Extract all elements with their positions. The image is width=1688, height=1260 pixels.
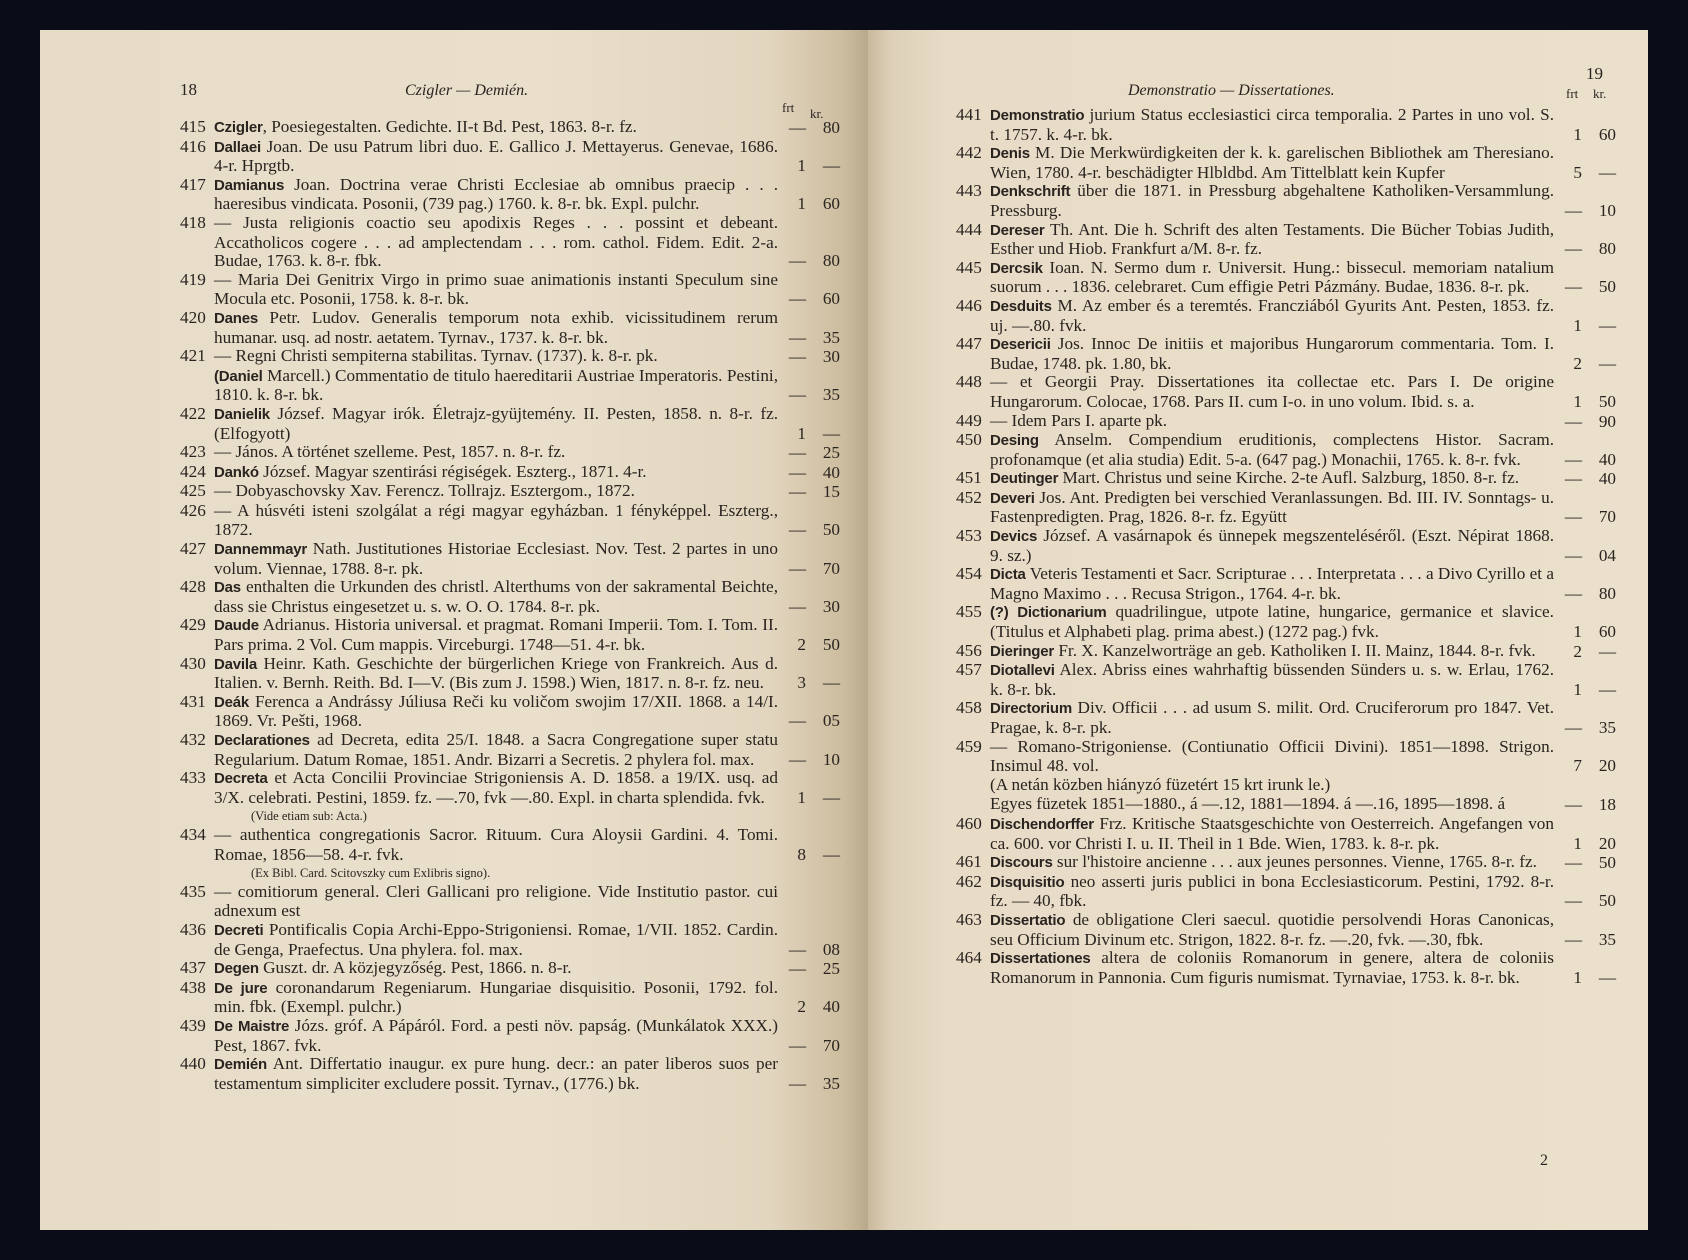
entry-text: — Maria Dei Genitrix Virgo in primo suae… [214,270,778,309]
entry-text: Petr. Ludov. Generalis temporum nota exh… [214,308,778,347]
price-frt: — [1562,585,1582,604]
entry-heading: Demonstratio [990,107,1084,124]
price-kr: 35 [820,386,840,405]
price-frt: — [1562,796,1582,815]
entry-body: Discours sur l'histoire ancienne . . . a… [990,853,1554,873]
price-kr: 50 [1596,892,1616,911]
catalog-entry: 423— János. A történet szelleme. Pest, 1… [180,443,840,463]
entry-body: Dankó József. Magyar szentirási régisége… [214,463,778,483]
entry-text: — Idem Pars I. aparte pk. [990,411,1167,430]
entry-text: Guszt. dr. A közjegyzőség. Pest, 1866. n… [259,958,572,977]
entry-price: 240 [778,998,840,1017]
price-frt: — [786,464,806,483]
catalog-entry: 437Degen Guszt. dr. A közjegyzőség. Pest… [180,959,840,979]
entry-body: Dieringer Fr. X. Kanzelworträge an geb. … [990,642,1554,662]
entry-text: József. Magyar szentirási régiségek. Esz… [259,462,647,481]
entry-heading: (Daniel [214,368,263,385]
entry-number: 446 [956,297,990,316]
price-kr: 90 [1596,413,1616,432]
entry-heading: Directorium [990,700,1072,717]
entry-price: —80 [1554,585,1616,604]
entry-text: Ferenca a Andrássy Júliusa Reči ku volič… [214,692,778,731]
catalog-entry: (A netán közben hiányzó füzetért 15 krt … [956,776,1616,796]
price-kr: 18 [1596,796,1616,815]
entry-price: 3— [778,674,840,693]
price-frt: — [786,1037,806,1056]
entry-body: Dallaei Joan. De usu Patrum libri duo. E… [214,138,778,176]
entry-number: 427 [180,540,214,559]
price-frt: — [1562,451,1582,470]
entry-body: Demonstratio jurium Status ecclesiastici… [990,106,1554,144]
entry-body: Dereser Th. Ant. Die h. Schrift des alte… [990,221,1554,259]
entry-number: 440 [180,1055,214,1074]
entry-text: Marcell.) Commentatio de titulo haeredit… [214,366,778,405]
price-frt: 1 [786,157,806,176]
entry-text: — A húsvéti isteni szolgálat a régi magy… [214,501,778,540]
entry-price: 1— [1554,681,1616,700]
catalog-entry: 447Desericii Jos. Innoc De initiis et ma… [956,335,1616,373]
price-frt: 1 [1562,623,1582,642]
entry-text: Egyes füzetek 1851—1880., á —.12, 1881—1… [990,794,1505,813]
entry-price: —80 [778,252,840,271]
price-kr: 20 [1596,835,1616,854]
entry-price: —10 [1554,202,1616,221]
entry-number: 415 [180,118,214,137]
catalog-entry: 456Dieringer Fr. X. Kanzelworträge an ge… [956,642,1616,662]
entry-body: — et Georgii Pray. Dissertationes ita co… [990,373,1554,411]
catalog-entry: 419— Maria Dei Genitrix Virgo in primo s… [180,271,840,309]
price-kr: 80 [820,252,840,271]
entry-heading: De jure [214,980,267,997]
entry-text: coronandarum Regeniarum. Hungariae disqu… [214,978,778,1017]
entry-number: 457 [956,661,990,680]
entry-text: József. Magyar irók. Életrajz-gyüjtemény… [214,404,778,443]
entry-text: Jos. Ant. Predigten bei verschied Veranl… [990,488,1554,527]
entry-body: — Idem Pars I. aparte pk. [990,412,1554,432]
entry-heading: Degen [214,960,259,977]
entry-text: Anselm. Compendium eruditionis, complect… [990,430,1554,469]
price-frt: — [786,560,806,579]
catalog-entry: 448— et Georgii Pray. Dissertationes ita… [956,373,1616,411]
entry-price: —60 [778,290,840,309]
entry-heading: Dallaei [214,139,261,156]
entry-number: 462 [956,873,990,892]
entry-price: —35 [778,386,840,405]
price-frt: — [1562,413,1582,432]
price-kr: 05 [820,712,840,731]
price-kr: 35 [820,1075,840,1094]
catalog-entry: 439De Maistre Józs. gróf. A Pápáról. For… [180,1017,840,1055]
entry-number: 421 [180,347,214,366]
price-kr: 50 [820,636,840,655]
entry-price: —35 [778,329,840,348]
entry-number: 433 [180,769,214,788]
entry-price: —30 [778,598,840,617]
price-frt: — [1562,278,1582,297]
catalog-entry: 440Demién Ant. Differtatio inaugur. ex p… [180,1055,840,1093]
entry-heading: Demién [214,1056,267,1073]
price-kr: 15 [820,483,840,502]
entry-text: M. Die Merkwürdigkeiten der k. k. gareli… [990,143,1554,182]
catalog-entry: 453Devics József. A vasárnapok és ünnepe… [956,527,1616,565]
price-frt: — [786,348,806,367]
entry-price: —70 [778,560,840,579]
entry-body: Dannemmayr Nath. Justitutiones Historiae… [214,540,778,578]
entry-body: Daude Adrianus. Historia universal. et p… [214,616,778,654]
entry-text: Alex. Abriss eines wahrhaftig büssenden … [990,660,1554,699]
price-kr: 80 [820,119,840,138]
catalog-entry: 428Das enthalten die Urkunden des christ… [180,578,840,616]
price-frt: — [1562,470,1582,489]
entry-price: 720 [1554,757,1616,776]
catalog-entry: 427Dannemmayr Nath. Justitutiones Histor… [180,540,840,578]
price-frt: — [1562,508,1582,527]
catalog-entry: 458Directorium Div. Officii . . . ad usu… [956,699,1616,737]
price-frt: — [786,386,806,405]
catalog-entry: 416Dallaei Joan. De usu Patrum libri duo… [180,138,840,176]
entry-body: Dischendorffer Frz. Kritische Staatsgesc… [990,815,1554,853]
price-kr: 08 [820,941,840,960]
entry-heading: Deveri [990,490,1035,507]
entry-body: — comitiorum general. Cleri Gallicani pr… [214,883,778,921]
catalog-entries: 415Czigler, Poesiegestalten. Gedichte. I… [180,118,840,1093]
entry-price: 1— [778,157,840,176]
price-kr: — [820,674,840,693]
price-kr: — [1596,969,1616,988]
catalog-entry: 454Dicta Veteris Testamenti et Sacr. Scr… [956,565,1616,603]
entry-number: 423 [180,443,214,462]
entry-heading: Declarationes [214,732,310,749]
entry-price: 160 [778,195,840,214]
entry-text: — Regni Christi sempiterna stabilitas. T… [214,346,658,365]
entry-heading: Decreta [214,770,268,787]
entry-number: 442 [956,144,990,163]
entry-text: enthalten die Urkunden des christl. Alte… [214,577,778,616]
price-frt: 2 [1562,643,1582,662]
entry-number: 441 [956,106,990,125]
entry-heading: Dissertationes [990,950,1091,967]
entry-price: 120 [1554,835,1616,854]
entry-price: —50 [778,521,840,540]
price-kr: 35 [1596,719,1616,738]
entry-text: Józs. gróf. A Pápáról. Ford. a pesti növ… [214,1016,778,1055]
entry-price: 8— [778,846,840,865]
catalog-entry: 442Denis M. Die Merkwürdigkeiten der k. … [956,144,1616,182]
entry-price: —70 [1554,508,1616,527]
entry-body: — authentica congregationis Sacror. Ritu… [214,826,778,864]
entry-heading: Deutinger [990,470,1058,487]
entry-text: Div. Officii . . . ad usum S. milit. Ord… [990,698,1554,737]
price-frt: — [1562,240,1582,259]
price-frt: 1 [1562,126,1582,145]
entry-body: Degen Guszt. dr. A közjegyzőség. Pest, 1… [214,959,778,979]
entry-text: Mart. Christus und seine Kirche. 2-te Au… [1058,468,1519,487]
entry-body: Danes Petr. Ludov. Generalis temporum no… [214,309,778,347]
entry-price: —04 [1554,547,1616,566]
entry-price: —50 [1554,278,1616,297]
price-kr: 70 [820,560,840,579]
price-kr: — [1596,164,1616,183]
entry-body: Danielik József. Magyar irók. Életrajz-g… [214,405,778,443]
entry-price: 2— [1554,643,1616,662]
page-number: 19 [1586,64,1603,84]
catalog-entry: 461Discours sur l'histoire ancienne . . … [956,853,1616,873]
entry-heading: De Maistre [214,1018,289,1035]
entry-body: Damianus Joan. Doctrina verae Christi Ec… [214,176,778,214]
entry-price: —25 [778,960,840,979]
entry-body: Czigler, Poesiegestalten. Gedichte. II-t… [214,118,778,138]
entry-text: Adrianus. Historia universal. et pragmat… [214,615,778,654]
catalog-entry: 429Daude Adrianus. Historia universal. e… [180,616,840,654]
entry-number: 416 [180,138,214,157]
entry-price: —35 [1554,931,1616,950]
price-kr: 04 [1596,547,1616,566]
price-kr: 25 [820,960,840,979]
entry-heading: Czigler [214,119,263,136]
catalog-entry: (Daniel Marcell.) Commentatio de titulo … [180,367,840,405]
catalog-entry: 444Dereser Th. Ant. Die h. Schrift des a… [956,221,1616,259]
entry-heading: Dissertatio [990,912,1065,929]
catalog-entry: 443Denkschrift über die 1871. in Pressbu… [956,182,1616,220]
entry-number: 424 [180,463,214,482]
entry-heading: Davila [214,656,257,673]
price-frt: — [1562,719,1582,738]
entry-body: — Dobyaschovsky Xav. Ferencz. Tollrajz. … [214,482,778,502]
price-kr: — [820,846,840,865]
entry-note: (Vide etiam sub: Acta.) [180,807,840,826]
catalog-entry: Egyes füzetek 1851—1880., á —.12, 1881—1… [956,795,1616,815]
entry-price: 1— [778,789,840,808]
price-frt: — [786,941,806,960]
entry-number: 464 [956,949,990,968]
entry-body: Egyes füzetek 1851—1880., á —.12, 1881—1… [990,795,1554,815]
price-kr: — [1596,317,1616,336]
price-frt: — [786,444,806,463]
entry-heading: Damianus [214,177,284,194]
catalog-entry: 415Czigler, Poesiegestalten. Gedichte. I… [180,118,840,138]
price-frt: — [786,290,806,309]
catalog-entry: 457Diotallevi Alex. Abriss eines wahrhaf… [956,661,1616,699]
entry-body: Decreti Pontificalis Copia Archi-Eppo-St… [214,921,778,959]
entry-price: 160 [1554,126,1616,145]
catalog-entry: 424Dankó József. Magyar szentirási régis… [180,463,840,483]
price-frt: 5 [1562,164,1582,183]
entry-number: 437 [180,959,214,978]
entry-body: — Justa religionis coactio seu apodixis … [214,214,778,271]
price-kr: 50 [820,521,840,540]
entry-price: —50 [1554,854,1616,873]
price-kr: 70 [820,1037,840,1056]
price-kr: 80 [1596,240,1616,259]
entry-text: — Dobyaschovsky Xav. Ferencz. Tollrajz. … [214,481,635,500]
entry-number: 417 [180,176,214,195]
entry-number: 451 [956,469,990,488]
entry-body: Davila Heinr. Kath. Geschichte der bürge… [214,655,778,693]
price-frt: — [1562,892,1582,911]
price-frt: — [786,1075,806,1094]
entry-text: — et Georgii Pray. Dissertationes ita co… [990,372,1554,411]
entry-number: 452 [956,489,990,508]
entry-text: Pontificalis Copia Archi-Eppo-Strigonien… [214,920,778,959]
entry-body: Disquisitio neo asserti juris publici in… [990,873,1554,911]
catalog-entry: 464Dissertationes altera de coloniis Rom… [956,949,1616,987]
entry-text: Joan. Doctrina verae Christi Ecclesiae a… [214,175,778,214]
entry-heading: Devics [990,528,1037,545]
catalog-entry: 452Deveri Jos. Ant. Predigten bei versch… [956,489,1616,527]
price-frt: — [786,483,806,502]
entry-price: —70 [778,1037,840,1056]
entry-number: 419 [180,271,214,290]
entry-text: et Acta Concilii Provinciae Strigoniensi… [214,768,778,807]
entry-price: —80 [1554,240,1616,259]
entry-number: 434 [180,826,214,845]
entry-number: 450 [956,431,990,450]
price-frt: — [786,119,806,138]
catalog-entry: 418— Justa religionis coactio seu apodix… [180,214,840,271]
price-kr: 50 [1596,278,1616,297]
entry-text: Ant. Differtatio inaugur. ex pure hung. … [214,1054,778,1093]
entry-body: — A húsvéti isteni szolgálat a régi magy… [214,502,778,540]
entry-text: — authentica congregationis Sacror. Ritu… [214,825,778,864]
entry-text: — Justa religionis coactio seu apodixis … [214,213,778,270]
entry-body: Decreta et Acta Concilii Provinciae Stri… [214,769,778,807]
price-frt: — [786,712,806,731]
price-kr: — [820,157,840,176]
price-kr: 60 [1596,623,1616,642]
entry-body: Desericii Jos. Innoc De initiis et major… [990,335,1554,373]
entry-price: —40 [1554,470,1616,489]
entry-number: 463 [956,911,990,930]
entry-number: 420 [180,309,214,328]
price-frt: 2 [1562,355,1582,374]
entry-price: —05 [778,712,840,731]
entry-number: 426 [180,502,214,521]
entry-number: 429 [180,616,214,635]
catalog-entry: 451Deutinger Mart. Christus und seine Ki… [956,469,1616,489]
entry-number: 436 [180,921,214,940]
entry-text: — Romano-Strigoniense. (Contiunatio Offi… [990,737,1554,776]
catalog-entry: 450Desing Anselm. Compendium eruditionis… [956,431,1616,469]
price-kr: 40 [820,464,840,483]
entry-body: Desduits M. Az ember és a teremtés. Fran… [990,297,1554,335]
price-frt: 1 [786,195,806,214]
entry-price: —30 [778,348,840,367]
price-kr: 40 [820,998,840,1017]
entry-text: József. A vasárnapok és ünnepek megszent… [990,526,1554,565]
entry-number: 438 [180,979,214,998]
entry-body: Deveri Jos. Ant. Predigten bei verschied… [990,489,1554,527]
entry-heading: Danielik [214,406,270,423]
entry-heading: (?) Dictionarium [990,604,1106,621]
catalog-entry: 433Decreta et Acta Concilii Provinciae S… [180,769,840,807]
price-frt: 3 [786,674,806,693]
entry-body: Dissertatio de obligatione Cleri saecul.… [990,911,1554,949]
catalog-entry: 432Declarationes ad Decreta, edita 25/I.… [180,731,840,769]
entry-body: Dicta Veteris Testamenti et Sacr. Script… [990,565,1554,603]
entry-number: 458 [956,699,990,718]
entry-price: —35 [1554,719,1616,738]
entry-number: 447 [956,335,990,354]
price-frt: 8 [786,846,806,865]
entry-body: Dissertationes altera de coloniis Romano… [990,949,1554,987]
entry-number: 435 [180,883,214,902]
price-kr: 40 [1596,451,1616,470]
catalog-entry: 446Desduits M. Az ember és a teremtés. F… [956,297,1616,335]
price-kr: 35 [820,329,840,348]
price-frt: — [1562,931,1582,950]
entry-heading: Daude [214,617,259,634]
entry-body: Dercsik Ioan. N. Sermo dum r. Universit.… [990,259,1554,297]
price-kr: 40 [1596,470,1616,489]
running-head: Czigler — Demién. [405,82,528,100]
entry-price: —18 [1554,796,1616,815]
entry-price: —10 [778,751,840,770]
entry-price: —80 [778,119,840,138]
entry-text: de obligatione Cleri saecul. quotidie pe… [990,910,1554,949]
entry-number: 428 [180,578,214,597]
entry-price: 1— [1554,317,1616,336]
entry-text: über die 1871. in Pressburg abgehaltene … [990,181,1554,220]
entry-number: 432 [180,731,214,750]
entry-number: 455 [956,603,990,622]
price-frt: — [1562,854,1582,873]
catalog-entry: 420Danes Petr. Ludov. Generalis temporum… [180,309,840,347]
entry-price: 2— [1554,355,1616,374]
entry-text: neo asserti juris publici in bona Eccles… [990,872,1554,911]
entry-heading: Denis [990,145,1030,162]
entry-heading: Dicta [990,566,1026,583]
catalog-entry: 463Dissertatio de obligatione Cleri saec… [956,911,1616,949]
entry-text: sur l'histoire ancienne . . . aux jeunes… [1053,852,1537,871]
entry-body: Denis M. Die Merkwürdigkeiten der k. k. … [990,144,1554,182]
price-frt: — [786,521,806,540]
entry-text: , Poesiegestalten. Gedichte. II-t Bd. Pe… [263,117,637,136]
entry-number: 443 [956,182,990,201]
entry-number: 460 [956,815,990,834]
entry-price: 250 [778,636,840,655]
entry-heading: Decreti [214,922,263,939]
catalog-entry: 462Disquisitio neo asserti juris publici… [956,873,1616,911]
price-kr: 10 [1596,202,1616,221]
entry-heading: Denkschrift [990,183,1070,200]
entry-heading: Diotallevi [990,662,1055,679]
entry-heading: Desduits [990,298,1052,315]
entry-number: 425 [180,482,214,501]
price-frt: 7 [1562,757,1582,776]
entry-body: (?) Dictionarium quadrilingue, utpote la… [990,603,1554,641]
price-frt: 1 [1562,317,1582,336]
entry-number: 422 [180,405,214,424]
entry-price: —90 [1554,413,1616,432]
entry-price: —35 [778,1075,840,1094]
price-frt: — [786,329,806,348]
page-number: 18 [180,80,197,100]
entry-heading: Danes [214,310,258,327]
price-kr: 60 [1596,126,1616,145]
entry-text: Veteris Testamenti et Sacr. Scripturae .… [990,564,1554,603]
entry-body: — Regni Christi sempiterna stabilitas. T… [214,347,778,367]
entry-heading: Das [214,579,241,596]
catalog-entry: 434— authentica congregationis Sacror. R… [180,826,840,864]
price-kr: — [1596,643,1616,662]
entry-number: 448 [956,373,990,392]
entry-heading: Dannemmayr [214,541,307,558]
entry-heading: Dankó [214,464,259,481]
entry-heading: Dieringer [990,643,1054,660]
price-frt: 1 [1562,835,1582,854]
price-frt: — [786,751,806,770]
entry-heading: Discours [990,854,1053,871]
